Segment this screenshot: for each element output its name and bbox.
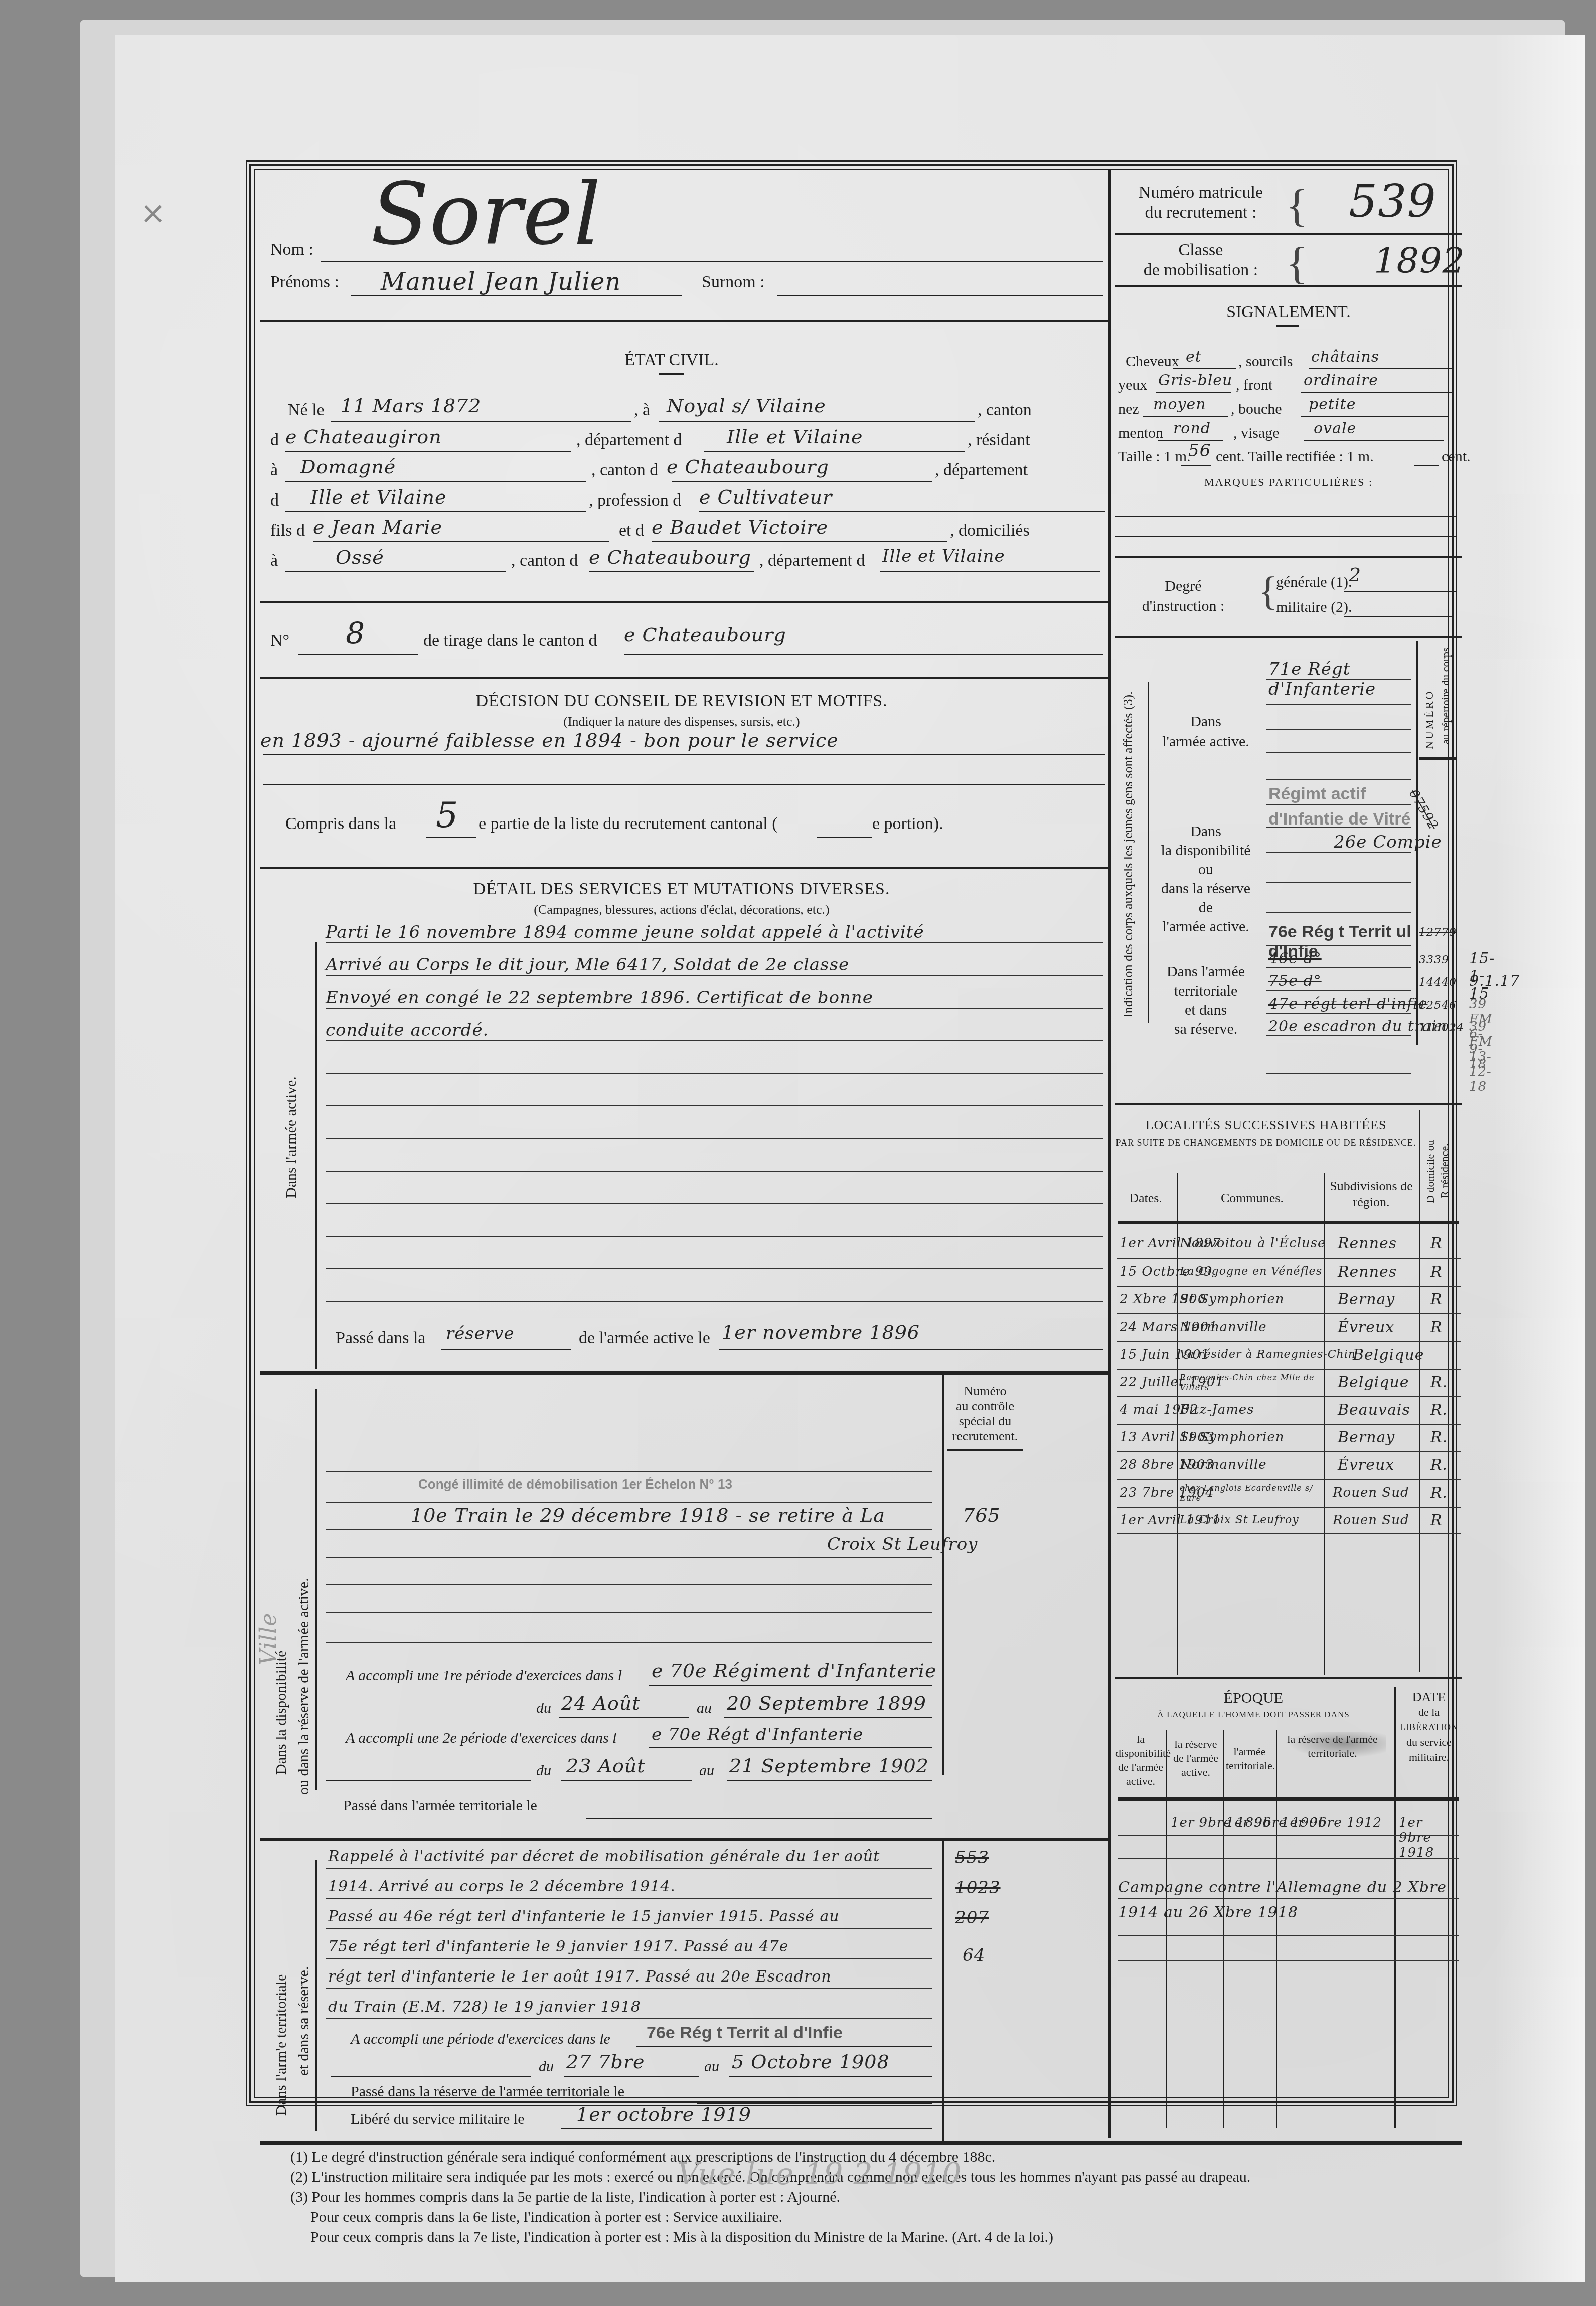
date-liberation-header: DATE de la LIBÉRATION du service militai… (1396, 1690, 1462, 1765)
brace-icon: { (1258, 569, 1278, 614)
localites-header-rule (1118, 1221, 1459, 1224)
passe-reserve-date: 1er novembre 1896 (722, 1321, 920, 1343)
departement-value: Ille et Vilaine (727, 426, 863, 448)
canton-line (285, 451, 571, 452)
footnote-5: Pour ceux compris dans la 7e liste, l'in… (310, 2229, 1053, 2246)
numero-header-line: Numéro (945, 1384, 1025, 1399)
localite-subdivision: Évreux (1338, 1456, 1394, 1474)
localite-commune: Ramegnies-Chin chez Mlle de Villers (1180, 1373, 1325, 1393)
territoriale-periode-label: A accompli une période d'exercices dans … (351, 2031, 610, 2048)
campagne-value: Campagne contre l'Allemagne du 2 Xbre 19… (1118, 1875, 1459, 1925)
territoriale-numero-5: 116024 (1419, 1022, 1464, 1034)
portion-line (817, 837, 872, 838)
nez-value: moyen (1153, 396, 1206, 413)
disponibilite-value: 26e Compie (1334, 832, 1442, 852)
fils-de-label: fils d (270, 521, 305, 540)
localite-commune: chez Langlois Ecardenville s/ Eure (1180, 1483, 1325, 1503)
title-rule (1276, 325, 1299, 327)
tirage-no-value: 8 (346, 616, 365, 651)
localite-commune: Normanville (1180, 1320, 1267, 1335)
divider (260, 677, 1108, 679)
page-edge-shadow (1495, 35, 1585, 2282)
localite-dr: R. (1430, 1374, 1448, 1391)
disponibilite-stamp-1: Régimt actif (1268, 784, 1366, 804)
divider (1115, 556, 1462, 558)
localite-subdivision: Belgique (1338, 1374, 1409, 1391)
instruction-label: Degré d'instruction : (1118, 576, 1248, 616)
libere-label: Libéré du service militaire le (351, 2111, 525, 2128)
epoque-header-1: la disponibilité de l'armée active. (1115, 1732, 1166, 1788)
residant-dept-d-label: d (270, 491, 279, 510)
disponibilite-numero-value: 765 (963, 1504, 1001, 1526)
tirage-label: de tirage dans le canton d (423, 631, 597, 650)
demobilisation-stamp: Congé illimité de démobilisation 1er Éch… (418, 1476, 732, 1492)
numero-controle-header: Numéro au contrôle spécial du recrutemen… (945, 1384, 1025, 1444)
domicile-canton-label: , canton d (511, 551, 578, 570)
dr-header-1: D domicile ou (1424, 1140, 1437, 1203)
footnote-text: Pour ceux compris dans la 7e liste, l'in… (310, 2229, 1053, 2245)
instruction-label-line: Degré (1118, 576, 1248, 596)
numero-header-rule (947, 1449, 1023, 1451)
localite-row: 23 7bre 1904 chez Langlois Ecardenville … (1117, 1479, 1461, 1507)
periode2-du-value: 23 Août (566, 1755, 646, 1777)
disponibilite-label-line: la disponibilité (1156, 841, 1256, 860)
detail-line-4: conduite accordé. (326, 1020, 489, 1040)
compris-label-2: e partie de la liste du recrutement cant… (478, 814, 778, 834)
matricule-label-line: du recrutement : (1118, 203, 1284, 223)
disponibilite-label-line: l'armée active. (1156, 917, 1256, 936)
detail-line-2: Arrivé au Corps le dit jour, Mle 6417, S… (326, 955, 849, 975)
yeux-line (1156, 392, 1231, 393)
classe-label: Classe de mobilisation : (1118, 240, 1284, 280)
territoriale-line-3: Passé au 46e régt terl d'infanterie le 1… (328, 1908, 840, 1925)
localites-title: LOCALITÉS SUCCESSIVES HABITÉES (1115, 1118, 1416, 1133)
localite-dr: R (1430, 1235, 1443, 1252)
cheveux-label: Cheveux (1126, 353, 1179, 370)
decision-value: en 1893 - ajourné faiblesse en 1894 - bo… (260, 729, 839, 751)
signalement-title: SIGNALEMENT. (1115, 303, 1462, 322)
nez-label: nez (1118, 401, 1139, 418)
localite-dr: R. (1430, 1401, 1448, 1419)
prenoms-label: Prénoms : (270, 273, 339, 292)
bouche-value: petite (1309, 396, 1356, 413)
detail-services-brace (315, 942, 317, 1369)
libere-line (561, 2128, 932, 2129)
localite-commune: St Symphorien (1180, 1292, 1285, 1307)
territoriale-periode-line (636, 2046, 932, 2047)
territoriale-du-label: du (539, 2058, 554, 2075)
disponibilite-label: Dans la disponibilité ou dans la réserve… (1156, 822, 1256, 936)
decision-line-2 (263, 784, 1105, 785)
mere-line (652, 541, 947, 542)
divider (260, 320, 1108, 322)
territoriale-du-value: 27 7bre (566, 2051, 645, 2073)
localite-dr: R. (1430, 1456, 1448, 1474)
residant-dept-label: , département (935, 461, 1028, 480)
bottom-margin-note: Vue lue 19 2 1910 (677, 2157, 962, 2192)
passe-reserve-date-line (719, 1349, 1103, 1350)
menton-label: menton (1118, 425, 1163, 442)
marques-title: MARQUES PARTICULIÈRES : (1115, 476, 1462, 489)
periode1-du-label: du (536, 1700, 551, 1717)
prenoms-value: Manuel Jean Julien (381, 268, 621, 296)
yeux-value: Gris-bleu (1158, 372, 1232, 389)
nom-label: Nom : (270, 240, 313, 259)
localite-row: 1er Avril 1897 Nouvoitou à l'Écluse Renn… (1117, 1231, 1461, 1258)
armee-active-label-line: Dans (1156, 712, 1256, 732)
territoriale-brace (315, 1860, 317, 2131)
localite-subdivision: Beauvais (1338, 1401, 1410, 1419)
localites-header-communes: Communes. (1181, 1191, 1324, 1206)
localite-commune: Nouvoitou à l'Écluse (1180, 1236, 1326, 1251)
epoque-header-3: l'armée territoriale. (1226, 1745, 1273, 1773)
localite-row: 15 Octbre 99 La Cigogne en Vénéfles Renn… (1117, 1258, 1461, 1286)
menton-value: rond (1173, 420, 1211, 437)
nez-line (1143, 416, 1228, 417)
localite-row: 13 Avril 1903 St Symphorien Bernay R. (1117, 1424, 1461, 1451)
section-divider (260, 1838, 1108, 1841)
territoriale-numero-3: 207 (955, 1908, 989, 1928)
territoriale-au-line (729, 2076, 932, 2077)
divider (1115, 233, 1462, 235)
lieu-naissance-value: Noyal s/ Vilaine (667, 395, 826, 417)
territoriale-label-line: et dans (1156, 1001, 1256, 1020)
localites-table: 1er Avril 1897 Nouvoitou à l'Écluse Renn… (1117, 1231, 1461, 1534)
tirage-no-label: N° (270, 631, 289, 650)
periode1-unit: e 70e Régiment d'Infanterie (652, 1660, 936, 1682)
periode2-au-line (727, 1780, 932, 1781)
taille-value: 56 (1188, 441, 1211, 461)
col-rule (1276, 1730, 1277, 2128)
localites-header-dates: Dates. (1115, 1191, 1176, 1206)
territoriale-numero-2: 3339 (1419, 954, 1449, 966)
territoriale-side-label-2: et dans sa réserve. (295, 1966, 312, 2076)
territoriale-date-5: 39 FM 13-12-18 (1469, 1019, 1493, 1094)
territoriale-unit-2: 46e d° (1268, 950, 1322, 967)
epoque-header-4: la réserve de l'armée territoriale. (1279, 1732, 1386, 1760)
cent-label: cent. Taille rectifiée : 1 m. (1216, 448, 1374, 465)
localite-dr: R. (1430, 1429, 1448, 1446)
territoriale-numero-4: 12546 (1419, 999, 1457, 1012)
passe-reserve-label: Passé dans la (336, 1329, 425, 1348)
numero-repertoire-rule-h (1419, 757, 1457, 760)
periode1-au-line (724, 1717, 932, 1718)
numero-header-line: au contrôle (945, 1399, 1025, 1414)
localite-row: 4 mai 1902 Fitz-James Beauvais R. (1117, 1396, 1461, 1424)
footnote-num: (3) (290, 2189, 308, 2205)
territoriale-line-4: 75e régt terl d'infanterie le 9 janvier … (328, 1938, 788, 1955)
col-rule (1166, 1730, 1167, 2128)
corps-side-label: Indication des corps auxquels les jeunes… (1121, 691, 1136, 1018)
detail-line-1: Parti le 16 novembre 1894 comme jeune so… (326, 922, 924, 942)
domicile-value: Ossé (336, 546, 384, 568)
militaire-line (1344, 616, 1454, 617)
armee-active-le-label: de l'armée active le (579, 1329, 710, 1348)
surnom-line (777, 295, 1103, 296)
matricule-label: Numéro matricule du recrutement : (1118, 183, 1284, 223)
epoque-reserve-territoriale-value: 1er 9bre 1912 (1281, 1815, 1382, 1830)
localite-subdivision: Bernay (1338, 1291, 1395, 1308)
date-header-line: militaire. (1396, 1750, 1462, 1765)
localite-subdivision: Rouen Sud (1333, 1485, 1409, 1500)
disponibilite-label-line: Dans (1156, 822, 1256, 841)
nom-value: Sorel (371, 165, 601, 264)
localite-dr: R (1430, 1319, 1443, 1336)
disponibilite-brace (315, 1389, 317, 1790)
localite-commune: Va résider à Ramegnies-Chin (1180, 1348, 1356, 1361)
localite-subdivision: Bernay (1338, 1429, 1395, 1446)
footnote-num: (1) (290, 2149, 308, 2165)
passe-reserve-value: réserve (446, 1324, 515, 1344)
date-liberation-value: 1er 9bre 1918 (1399, 1815, 1448, 1860)
classe-label-line: de mobilisation : (1118, 260, 1284, 280)
residant-dept-value: Ille et Vilaine (310, 486, 447, 508)
generale-line (1344, 591, 1457, 592)
localite-subdivision: Évreux (1338, 1319, 1394, 1336)
disponibilite-numero: 07592 (1406, 787, 1441, 833)
profession-label: , profession d (589, 491, 681, 510)
territoriale-numero-4: 64 (963, 1945, 985, 1965)
localite-row: 1er Avril 1911 La Croix St Leufroy Rouen… (1117, 1507, 1461, 1534)
instruction-label-line: d'instruction : (1118, 596, 1248, 616)
periode2-blank-line (326, 1780, 531, 1781)
corps-brace (1148, 682, 1149, 1023)
epoque-header-2: la réserve de l'armée active. (1168, 1737, 1223, 1779)
front-label: , front (1236, 377, 1272, 394)
section-divider (260, 1371, 1108, 1375)
territoriale-side-label-1: Dans l'arm'e territoriale (273, 1974, 290, 2116)
dr-header-2: R résidence. (1438, 1143, 1451, 1198)
residant-dept-line (285, 511, 586, 512)
margin-cross-mark: × (140, 196, 166, 231)
detail-services-title: DÉTAIL DES SERVICES ET MUTATIONS DIVERSE… (305, 880, 1058, 899)
localite-row: 24 Mars 1901 Normanville Évreux R (1117, 1313, 1461, 1341)
localite-row: 22 Juillet 1901 Ramegnies-Chin chez Mlle… (1117, 1369, 1461, 1396)
periode1-au-value: 20 Septembre 1899 (727, 1692, 926, 1714)
periode1-au-label: au (697, 1700, 712, 1717)
brace-icon: { (1286, 180, 1308, 232)
date-header-line: du service (1396, 1735, 1462, 1750)
periode2-unit-line (649, 1747, 932, 1748)
footnote-num: (2) (290, 2169, 308, 2185)
front-value: ordinaire (1304, 372, 1378, 389)
numero-header-line: recrutement. (945, 1429, 1025, 1444)
title-rule (659, 373, 684, 375)
bouche-label: , bouche (1231, 401, 1282, 418)
footnote-text: Pour ceux compris dans la 6e liste, l'in… (310, 2209, 782, 2225)
classe-value: 1892 (1374, 240, 1465, 281)
etat-civil-title: ÉTAT CIVIL. (556, 351, 787, 370)
territoriale-au-label: au (704, 2058, 719, 2075)
marques-line (1115, 516, 1457, 517)
yeux-label: yeux (1118, 377, 1147, 394)
localite-row: 15 Juin 1901 Va résider à Ramegnies-Chin… (1117, 1341, 1461, 1369)
territoriale-numero-1: 553 (955, 1848, 989, 1868)
territoriale-numero-2: 1023 (955, 1878, 1001, 1898)
disponibilite-label-line: ou (1156, 860, 1256, 879)
residant-canton-label: , canton d (591, 461, 658, 480)
compris-line (426, 837, 476, 838)
pere-line (313, 541, 609, 542)
localite-commune: Fitz-James (1180, 1402, 1254, 1417)
passe-reserve-territoriale-label: Passé dans la réserve de l'armée territo… (351, 2083, 624, 2100)
disponibilite-label-line: de (1156, 898, 1256, 917)
periode2-au-label: au (699, 1762, 714, 1779)
tirage-canton-line (624, 654, 1103, 655)
numero-column-rule (942, 1374, 944, 1775)
domicile-canton-line (589, 571, 754, 572)
localite-commune: La Croix St Leufroy (1180, 1514, 1299, 1526)
territoriale-date-3: 9.1.17 (1469, 972, 1520, 990)
epoque-subtitle: À LAQUELLE L'HOMME DOIT PASSER DANS (1115, 1710, 1391, 1720)
canton-d-label: d (270, 431, 279, 450)
ne-le-label: Né le (288, 401, 325, 420)
periode2-du-line (561, 1780, 692, 1781)
disponibilite-line-3: Croix St Leufroy (827, 1534, 978, 1554)
et-de-label: et d (619, 521, 644, 540)
matricule-value: 539 (1349, 175, 1437, 228)
localite-commune: Normanville (1180, 1457, 1267, 1472)
form-inner-border: Nom : Sorel Prénoms : Manuel Jean Julien… (254, 169, 1449, 2098)
compris-label-1: Compris dans la (285, 814, 396, 834)
territoriale-line-1: Rappelé à l'activité par décret de mobil… (328, 1848, 880, 1865)
side-margin-note: Ville (256, 1613, 281, 1665)
tirage-canton-value: e Chateaubourg (624, 624, 786, 646)
localite-subdivision: Rennes (1338, 1235, 1397, 1252)
disponibilite-label-line: dans la réserve (1156, 879, 1256, 898)
periode1-du-value: 24 Août (561, 1692, 641, 1714)
periode1-du-line (559, 1717, 689, 1718)
territoriale-unit-3: 75e d° (1268, 972, 1322, 990)
visage-value: ovale (1314, 420, 1356, 437)
lieu-line (659, 421, 975, 422)
domicilies-label: , domiciliés (950, 521, 1030, 540)
territoriale-label-line: territoriale (1156, 981, 1256, 1001)
a-label: , à (634, 401, 650, 420)
territoriale-unit-4: 47e régt terl d'infie (1268, 995, 1427, 1013)
localite-subdivision: Rouen Sud (1333, 1513, 1409, 1528)
divider (1115, 1677, 1462, 1679)
residant-a-label: à (270, 461, 278, 480)
generale-label: générale (1). (1276, 574, 1352, 591)
profession-value: e Cultivateur (699, 486, 832, 508)
territoriale-au-value: 5 Octobre 1908 (732, 2051, 890, 2073)
territoriale-numero-1: 12779 (1419, 926, 1457, 939)
taille-rectifiee-line (1414, 465, 1439, 466)
periode2-unit: e 70e Régt d'Infanterie (652, 1725, 863, 1745)
territoriale-line-6: du Train (E.M. 728) le 19 janvier 1918 (328, 1998, 641, 2016)
armee-active-side-label: Dans l'armée active. (283, 1076, 300, 1198)
departement-label: , département d (576, 431, 682, 450)
territoriale-label-line: Dans l'armée (1156, 962, 1256, 981)
date-header-line: DATE (1396, 1690, 1462, 1705)
detail-services-subtitle: (Campagnes, blessures, actions d'éclat, … (305, 902, 1058, 917)
territoriale-label: Dans l'armée territoriale et dans sa rés… (1156, 962, 1256, 1039)
localite-subdivision: Rennes (1338, 1263, 1397, 1281)
localite-commune: La Cigogne en Vénéfles (1180, 1265, 1322, 1278)
localite-row: 28 8bre 1903 Normanville Évreux R. (1117, 1451, 1461, 1479)
localite-commune: St Symphorien (1180, 1430, 1285, 1445)
canton-label: , canton (978, 401, 1032, 420)
localites-subtitle: PAR SUITE DE CHANGEMENTS DE DOMICILE OU … (1115, 1138, 1416, 1148)
date-header-line: LIBÉRATION (1396, 1720, 1462, 1735)
territoriale-du-line (564, 2076, 699, 2077)
generale-value: 2 (1349, 564, 1361, 586)
sourcils-label: , sourcils (1238, 353, 1293, 370)
taille-line (1181, 465, 1211, 466)
pere-value: e Jean Marie (313, 516, 442, 538)
residant-canton-value: e Chateaubourg (667, 456, 829, 478)
tirage-no-line (298, 654, 418, 655)
localite-dr: R (1430, 1512, 1443, 1529)
periode2-label: A accompli une 2e période d'exercices da… (346, 1730, 616, 1747)
footnote-4: Pour ceux compris dans la 6e liste, l'in… (310, 2209, 782, 2226)
ne-le-value: 11 Mars 1872 (341, 395, 481, 417)
militaire-label: militaire (2). (1276, 599, 1352, 616)
disponibilite-side-label-2: ou dans la réserve de l'armée active. (295, 1578, 312, 1795)
form-frame: Nom : Sorel Prénoms : Manuel Jean Julien… (246, 160, 1457, 2106)
territoriale-blank-line (331, 2076, 531, 2077)
col-rule (1223, 1730, 1224, 2128)
periode2-du-label: du (536, 1762, 551, 1779)
marques-line (1115, 536, 1457, 537)
passe-territoriale-label: Passé dans l'armée territoriale le (343, 1797, 537, 1815)
passe-territoriale-line (586, 1818, 932, 1819)
divider (1115, 636, 1462, 638)
footnotes-divider (260, 2141, 1462, 2145)
territoriale-periode-stamp: 76e Rég t Territ al d'Infie (647, 2023, 843, 2043)
epoque-header-rule (1118, 1797, 1459, 1801)
divider (260, 867, 1108, 869)
territoriale-line-5: régt terl d'infanterie le 1er août 1917.… (328, 1968, 832, 1986)
compris-label-3: e portion). (872, 814, 943, 834)
cent-label-2: cent. (1442, 448, 1470, 465)
localite-dr: R (1430, 1263, 1443, 1281)
residant-value: Domagné (300, 456, 396, 478)
bouche-line (1301, 416, 1449, 417)
disponibilite-line-2: 10e Train le 29 décembre 1918 - se retir… (411, 1504, 885, 1526)
decision-line (263, 754, 1105, 755)
armee-active-label-line: l'armée active. (1156, 732, 1256, 752)
localite-dr: R. (1430, 1484, 1448, 1502)
brace-icon: { (1286, 238, 1308, 289)
ne-le-line (331, 421, 631, 422)
taille-label: Taille : 1 m. (1118, 448, 1191, 465)
passe-reserve-line (441, 1349, 571, 1350)
surnom-label: Surnom : (702, 273, 765, 292)
domicile-dept-label: , département d (759, 551, 865, 570)
localite-dr: R (1430, 1291, 1443, 1308)
visage-line (1304, 440, 1444, 441)
date-header-line: de la (1396, 1705, 1462, 1720)
front-line (1301, 392, 1452, 393)
domicile-canton-value: e Chateaubourg (589, 546, 751, 568)
disponibilite-stamp-2: d'Infantie de Vitré (1268, 809, 1410, 829)
domicile-line (285, 571, 506, 572)
mere-value: e Baudet Victoire (652, 516, 828, 538)
divider (1115, 1103, 1462, 1105)
territoriale-line-2: 1914. Arrivé au corps le 2 décembre 1914… (328, 1878, 676, 1895)
epoque-title: ÉPOQUE (1115, 1690, 1391, 1707)
column-divider (1108, 170, 1111, 2138)
classe-label-line: Classe (1118, 240, 1284, 260)
decision-subtitle: (Indiquer la nature des dispenses, sursi… (305, 714, 1058, 729)
domicile-a-label: à (270, 551, 278, 570)
decision-title: DÉCISION DU CONSEIL DE REVISION ET MOTIF… (305, 692, 1058, 711)
divider (1115, 285, 1462, 287)
libere-value: 1er octobre 1919 (576, 2103, 751, 2125)
territoriale-label-line: sa réserve. (1156, 1020, 1256, 1039)
